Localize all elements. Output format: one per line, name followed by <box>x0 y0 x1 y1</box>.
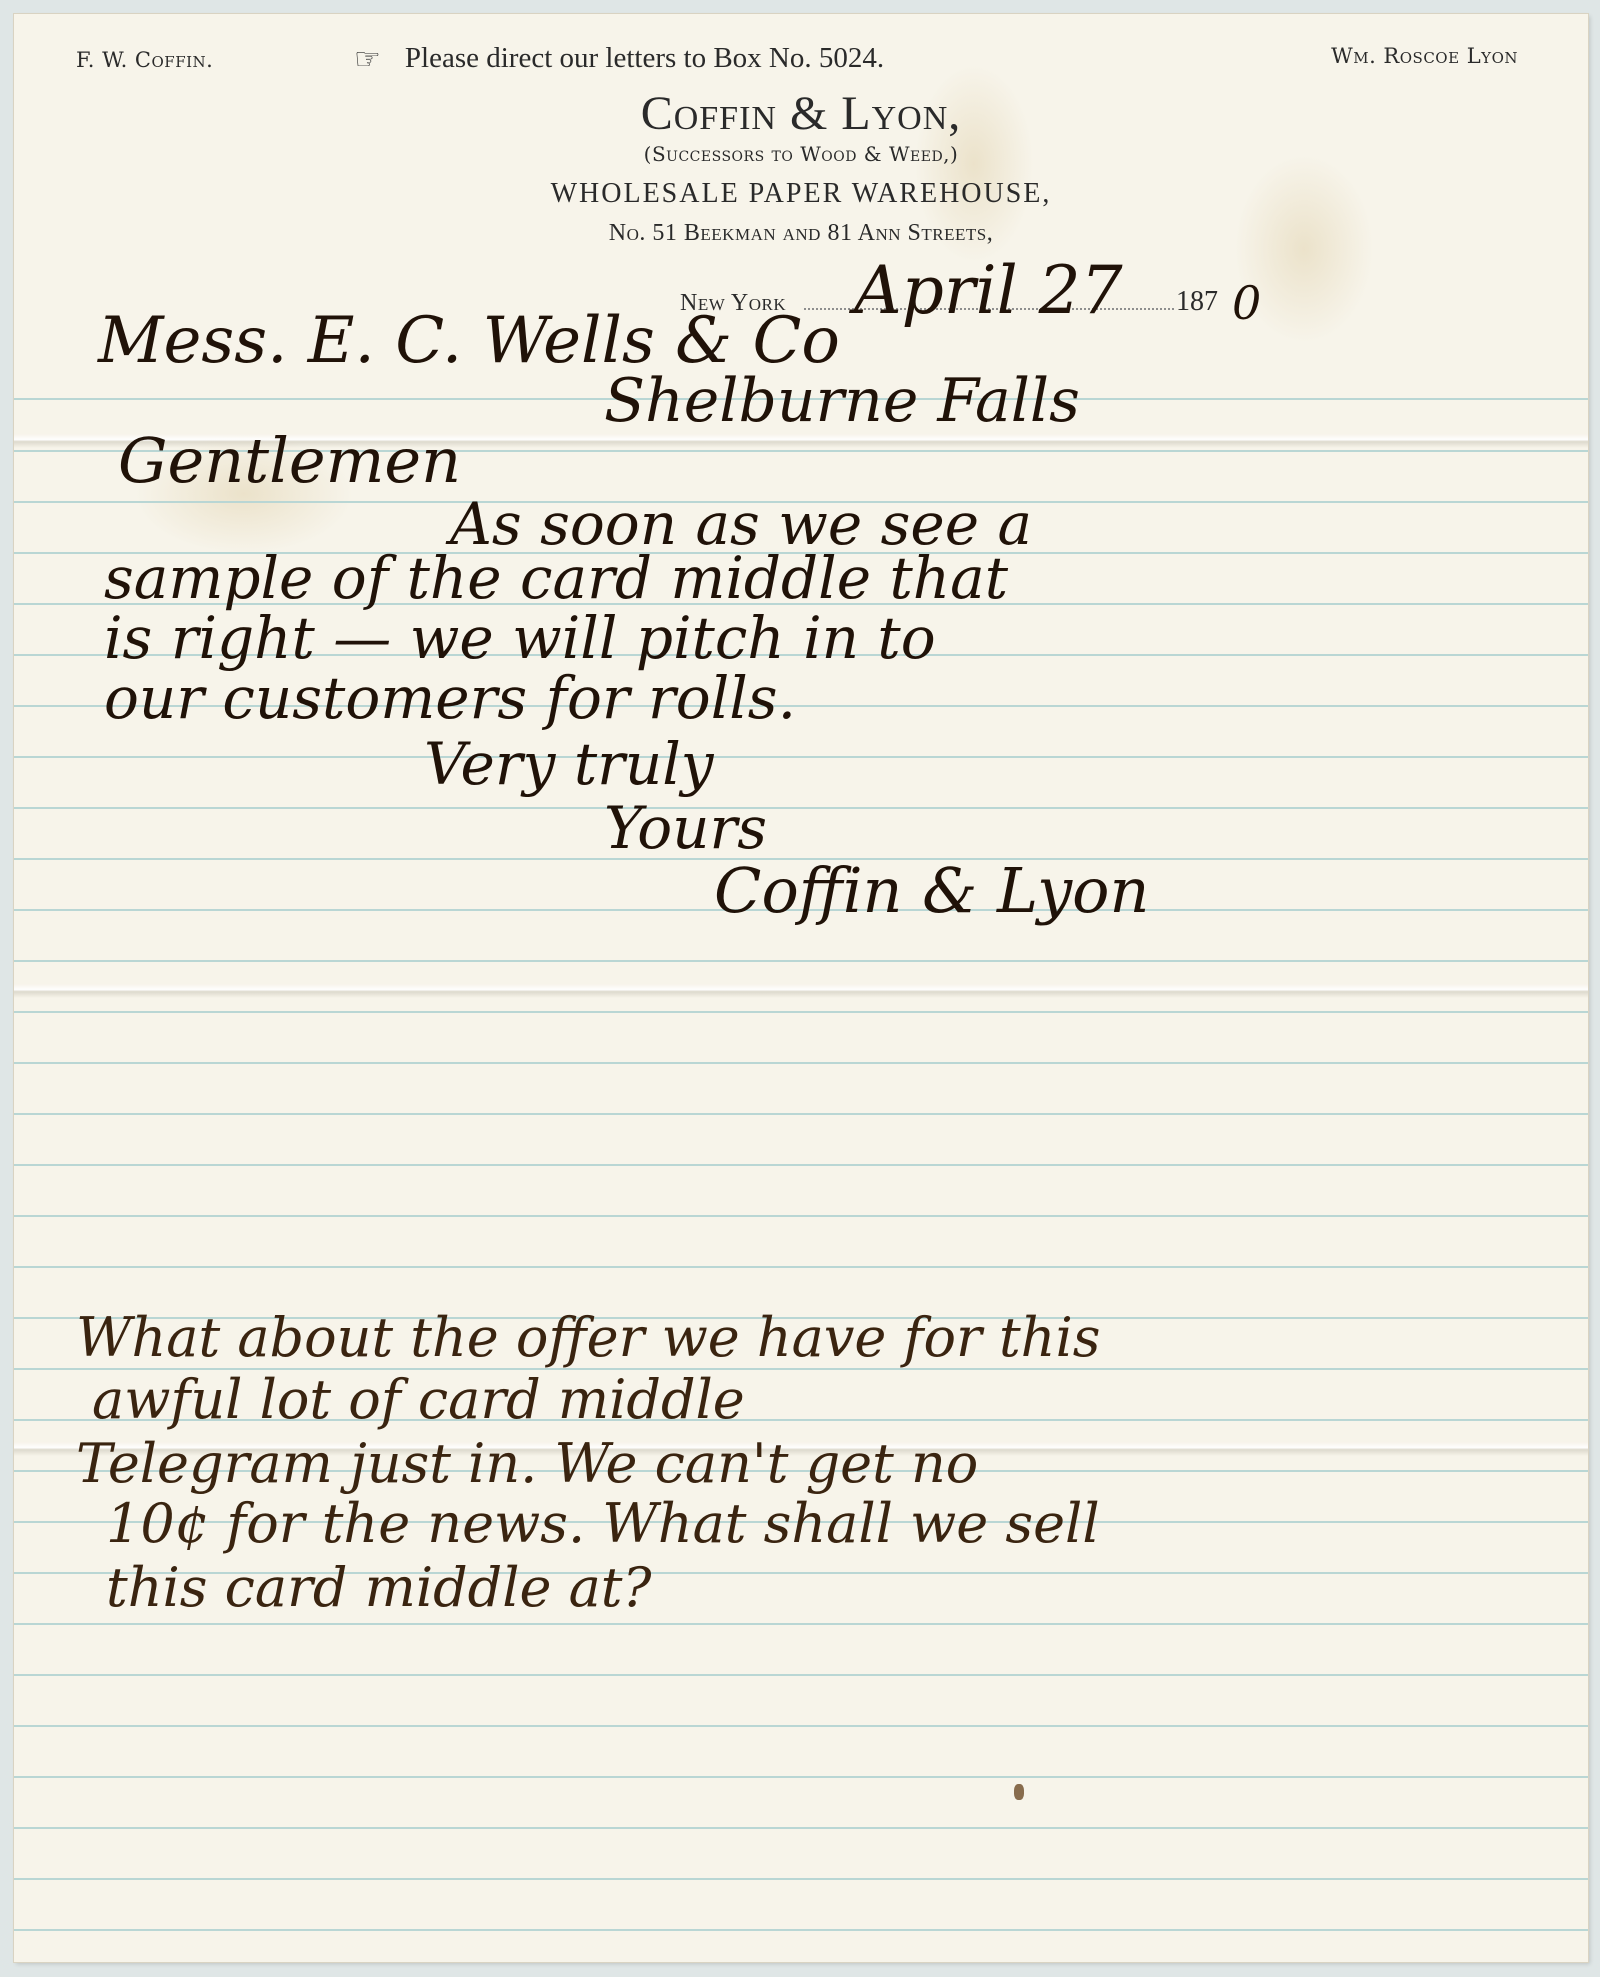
business-type: WHOLESALE PAPER WAREHOUSE, <box>14 178 1588 210</box>
firm-name: Coffin & Lyon, <box>14 86 1588 141</box>
postscript-line: awful lot of card middle <box>92 1368 745 1431</box>
ruled-line <box>14 1827 1588 1829</box>
ruled-line <box>14 1164 1588 1166</box>
paper-fold <box>14 984 1588 998</box>
ruled-line <box>14 1929 1588 1931</box>
ruled-line <box>14 960 1588 962</box>
letter-sheet: F. W. Coffin. Wm. Roscoe Lyon ☞Please di… <box>14 14 1588 1962</box>
partner-left-name: F. W. Coffin. <box>76 48 213 72</box>
handwritten-year-digit: 0 <box>1232 276 1261 330</box>
ruled-line <box>14 1725 1588 1727</box>
postscript-line: 10¢ for the news. What shall we sell <box>106 1492 1100 1555</box>
ruled-line <box>14 1113 1588 1115</box>
ink-blot <box>1014 1784 1024 1800</box>
addressee-place: Shelburne Falls <box>604 366 1080 436</box>
body-line: is right — we will pitch in to <box>104 604 936 672</box>
ruled-line <box>14 1266 1588 1268</box>
salutation: Gentlemen <box>118 424 461 497</box>
mailing-notice: ☞Please direct our letters to Box No. 50… <box>354 42 884 77</box>
handwritten-date: April 27 <box>854 252 1123 329</box>
closing-line: Yours <box>604 794 767 862</box>
ruled-line <box>14 1062 1588 1064</box>
postscript-line: What about the offer we have for this <box>76 1306 1100 1369</box>
ruled-line <box>14 1776 1588 1778</box>
body-line: sample of the card middle that <box>104 544 1008 612</box>
pointing-hand-icon: ☞ <box>354 42 381 77</box>
ruled-line <box>14 1878 1588 1880</box>
ruled-line <box>14 1215 1588 1217</box>
ruled-line <box>14 1623 1588 1625</box>
mailing-notice-text: Please direct our letters to Box No. 502… <box>405 42 884 74</box>
ruled-line <box>14 807 1588 809</box>
year-prefix: 187 <box>1176 286 1218 318</box>
signature: Coffin & Lyon <box>714 854 1149 927</box>
postscript-line: Telegram just in. We can't get no <box>76 1432 978 1495</box>
partner-right-name: Wm. Roscoe Lyon <box>1331 44 1518 68</box>
successors-note: (Successors to Wood & Weed,) <box>14 142 1588 166</box>
ruled-line <box>14 1674 1588 1676</box>
closing-line: Very truly <box>424 730 714 798</box>
ruled-line <box>14 1011 1588 1013</box>
ruled-line <box>14 756 1588 758</box>
body-line: our customers for rolls. <box>104 664 796 732</box>
street-address: No. 51 Beekman and 81 Ann Streets, <box>14 220 1588 247</box>
postscript-line: this card middle at? <box>106 1556 651 1619</box>
